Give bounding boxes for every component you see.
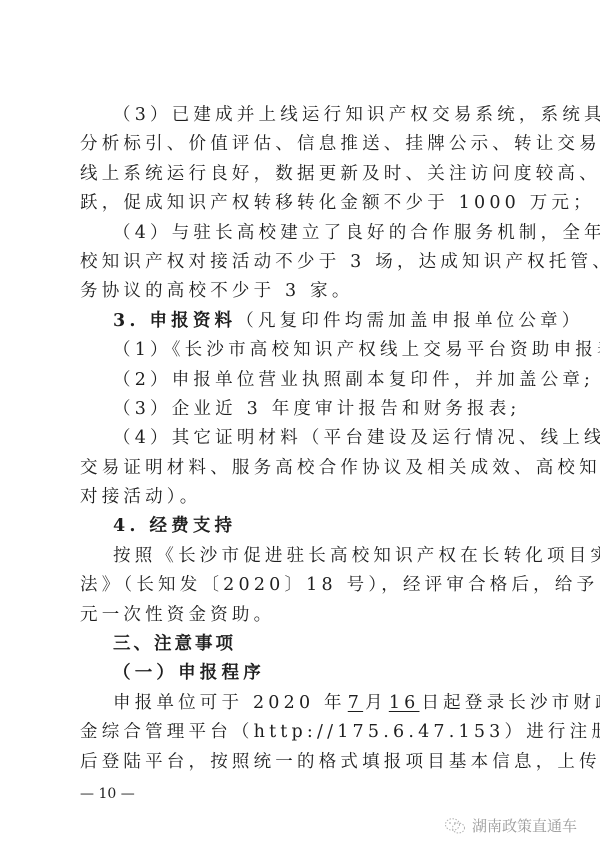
text-line: 元一次性资金资助。 — [80, 601, 522, 630]
text-line: 校知识产权对接活动不少于 3 场，达成知识产权托管、运营服 — [80, 248, 522, 277]
month-value: 7 — [346, 693, 365, 713]
section-title: 经费支持 — [149, 516, 236, 536]
section-heading-4: 4. 经费支持 — [80, 512, 522, 541]
text-line: 金综合管理平台（http://175.6.47.153）进行注册。注册审核通过 — [80, 718, 522, 747]
text-line: 后登陆平台，按照统一的格式填报项目基本信息，上传申报材 — [80, 748, 522, 777]
list-item: （3）企业近 3 年度审计报告和财务报表; — [80, 395, 522, 424]
day-value: 16 — [387, 693, 422, 713]
watermark: 湖南政策直通车 — [444, 815, 577, 836]
text-span: 日起登录长沙市财政专项资 — [421, 693, 600, 713]
text-line: （3）已建成并上线运行知识产权交易系统，系统具有专利 — [80, 101, 522, 130]
text-line: 分析标引、价值评估、信息推送、挂牌公示、转让交易等功能， — [80, 130, 522, 159]
text-line: 交易证明材料、服务高校合作协议及相关成效、高校知识产权 — [80, 454, 522, 483]
watermark-text: 湖南政策直通车 — [472, 815, 577, 836]
text-line: 申报单位可于 2020 年7月16日起登录长沙市财政专项资 — [80, 689, 522, 718]
part-heading: 三、注意事项 — [80, 630, 522, 659]
section-title: 申报资料 — [149, 311, 236, 331]
text-line: 按照《长沙市促进驻长高校知识产权在长转化项目实施办 — [80, 542, 522, 571]
list-item: （1）《长沙市高校知识产权线上交易平台资助申报表》； — [80, 336, 522, 365]
text-line: 线上系统运行良好，数据更新及时、关注访问度较高、交易活 — [80, 160, 522, 189]
list-item: （4）其它证明材料（平台建设及运行情况、线上线下转化 — [80, 424, 522, 453]
list-item: （2）申报单位营业执照副本复印件，并加盖公章; — [80, 366, 522, 395]
subsection-heading: （一）申报程序 — [80, 659, 522, 688]
text-line: 对接活动）。 — [80, 483, 522, 512]
text-line: 法》（长知发〔2020〕18 号），经评审合格后，给予 10-20 万 — [80, 571, 522, 600]
document-page: （3）已建成并上线运行知识产权交易系统，系统具有专利 分析标引、价值评估、信息推… — [80, 101, 522, 777]
section-number: 3. — [113, 311, 140, 331]
text-span: 月 — [365, 693, 387, 713]
wechat-icon — [444, 817, 466, 835]
section-number: 4. — [113, 516, 140, 536]
text-line: 跃，促成知识产权转移转化金额不少于 1000 万元； — [80, 189, 522, 218]
page-number: — 10 — — [80, 786, 135, 802]
text-span: 申报单位可于 2020 年 — [113, 693, 346, 713]
section-note: （凡复印件均需加盖申报单位公章） — [236, 311, 583, 331]
text-line: （4）与驻长高校建立了良好的合作服务机制，全年举办高 — [80, 219, 522, 248]
section-heading-3: 3. 申报资料（凡复印件均需加盖申报单位公章） — [80, 307, 522, 336]
text-line: 务协议的高校不少于 3 家。 — [80, 277, 522, 306]
